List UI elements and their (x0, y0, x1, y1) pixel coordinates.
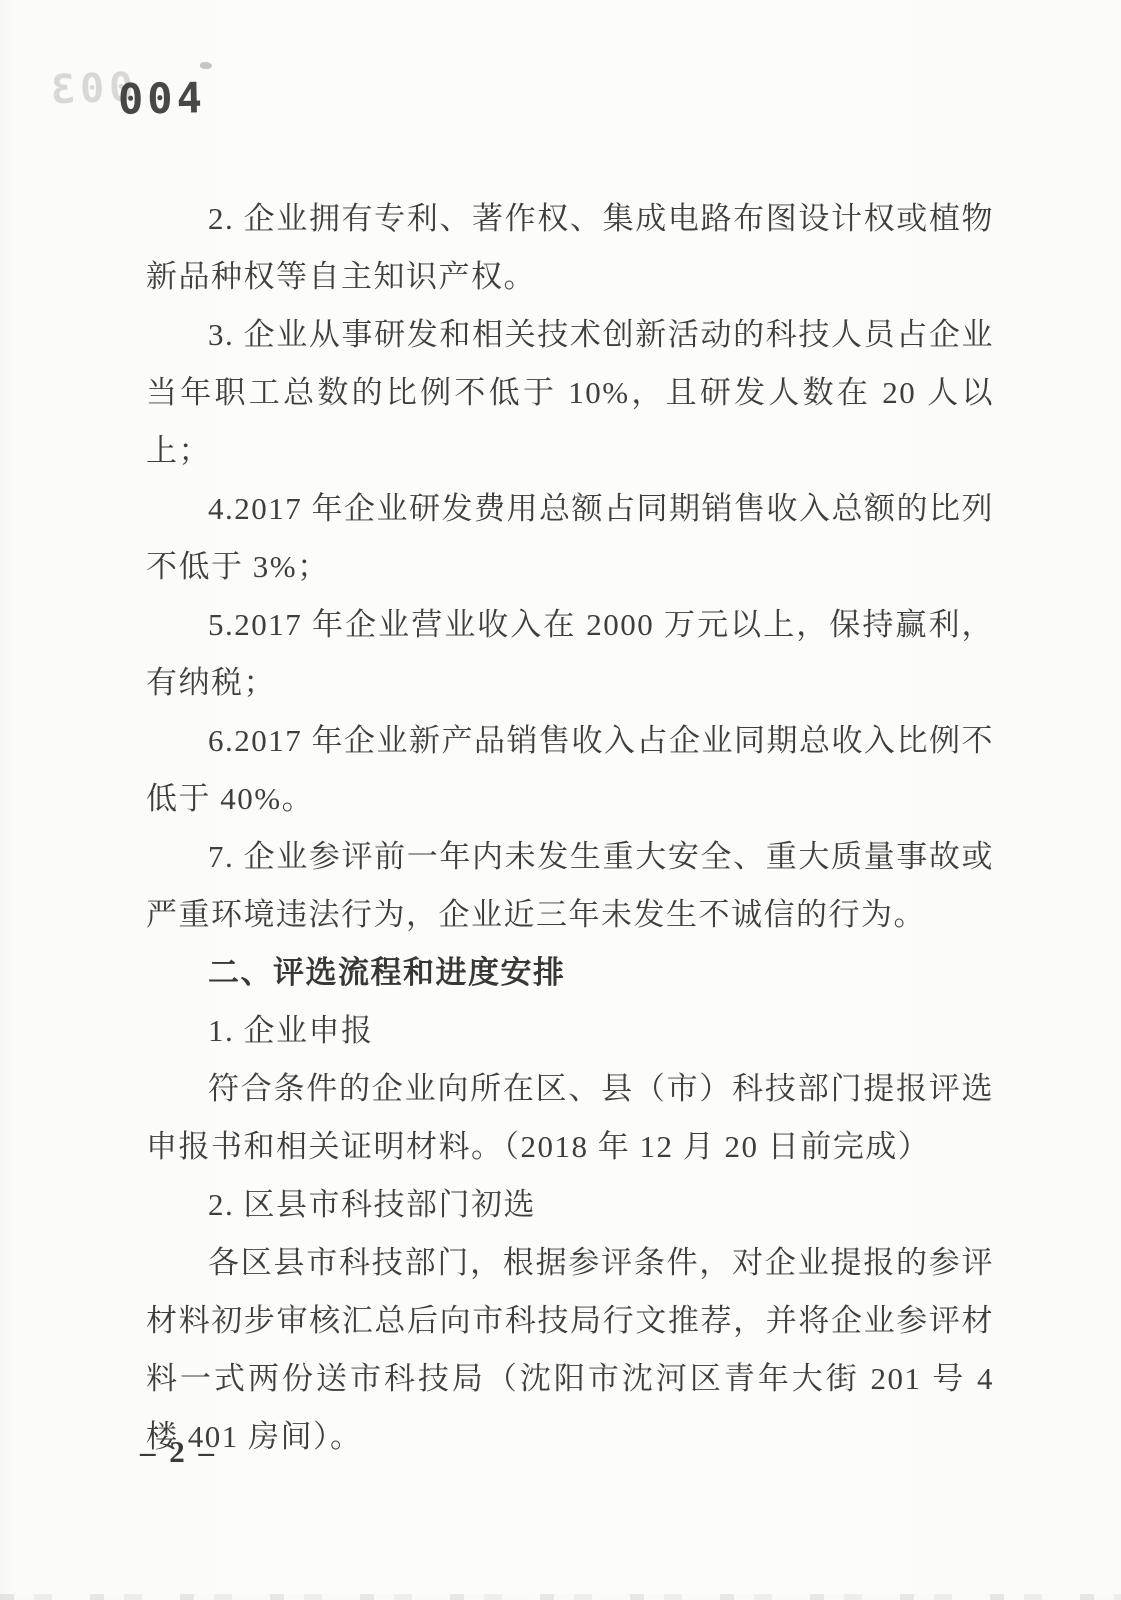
section-heading: 二、评选流程和进度安排 (146, 944, 994, 1002)
scanned-document-page: 003 004 2. 企业拥有专利、著作权、集成电路布图设计权或植物新品种权等自… (0, 0, 1121, 1600)
criteria-item-5: 5.2017 年企业营业收入在 2000 万元以上，保持赢利，有纳税； (146, 596, 994, 712)
process-step-1-title: 1. 企业申报 (146, 1002, 994, 1060)
document-body: 2. 企业拥有专利、著作权、集成电路布图设计权或植物新品种权等自主知识产权。 3… (146, 190, 994, 1466)
criteria-item-3: 3. 企业从事研发和相关技术创新活动的科技人员占企业当年职工总数的比例不低于 1… (146, 306, 994, 480)
footer-page-number: – 2 – (140, 1434, 217, 1470)
page-stamp-number: 004 (118, 73, 207, 124)
criteria-item-6: 6.2017 年企业新产品销售收入占企业同期总收入比例不低于 40%。 (146, 712, 994, 828)
scan-edge-artifact (0, 1594, 1121, 1600)
process-step-1-body: 符合条件的企业向所在区、县（市）科技部门提报评选申报书和相关证明材料。（2018… (146, 1060, 994, 1176)
criteria-item-4: 4.2017 年企业研发费用总额占同期销售收入总额的比列不低于 3%； (146, 480, 994, 596)
criteria-item-2: 2. 企业拥有专利、著作权、集成电路布图设计权或植物新品种权等自主知识产权。 (146, 190, 994, 306)
scan-speck (200, 62, 212, 69)
process-step-2-body: 各区县市科技部门，根据参评条件，对企业提报的参评材料初步审核汇总后向市科技局行文… (146, 1234, 994, 1466)
criteria-item-7: 7. 企业参评前一年内未发生重大安全、重大质量事故或严重环境违法行为，企业近三年… (146, 828, 994, 944)
process-step-2-title: 2. 区县市科技部门初选 (146, 1176, 994, 1234)
